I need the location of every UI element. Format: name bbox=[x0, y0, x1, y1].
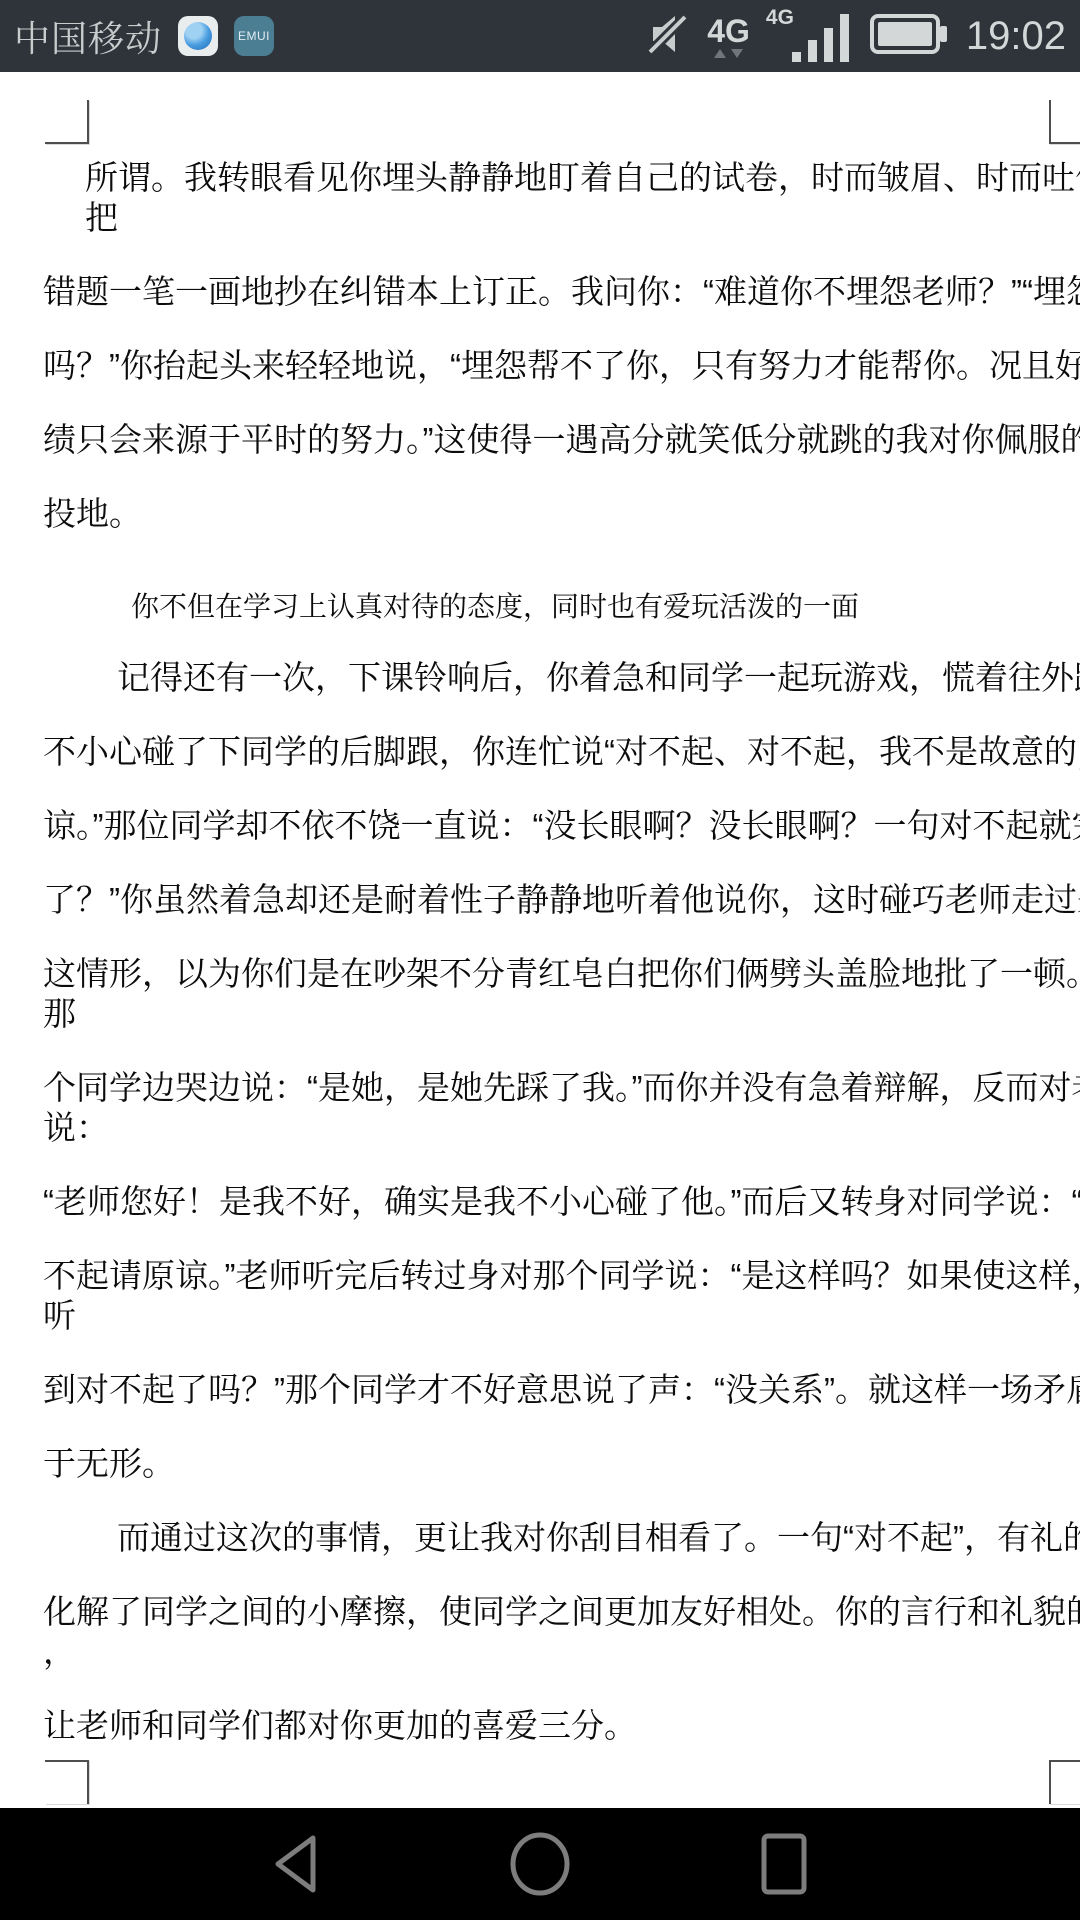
status-bar-left: 中国移动 EMUI bbox=[14, 11, 274, 62]
home-button[interactable] bbox=[500, 1824, 580, 1904]
battery-icon bbox=[870, 13, 950, 60]
text-line: ， bbox=[43, 1632, 1080, 1672]
text-line: 化解了同学之间的小摩擦，使同学之间更加友好相处。你的言行和礼貌的退让 bbox=[43, 1592, 1080, 1632]
text-line: 于无形。 bbox=[43, 1444, 1080, 1484]
text-line: 那 bbox=[43, 994, 1080, 1034]
status-bar: 中国移动 EMUI 4G 4G bbox=[0, 0, 1080, 72]
text-line: 说： bbox=[43, 1108, 1080, 1148]
text-line: 这情形，以为你们是在吵架不分青红皂白把你们俩劈头盖脸地批了一顿。之后 bbox=[43, 954, 1080, 994]
page-corner-mark-top-left bbox=[45, 100, 89, 144]
document-page: 所谓。我转眼看见你埋头静静地盯着自己的试卷，时而皱眉、时而吐气，然后把错题一笔一… bbox=[0, 72, 1080, 1808]
recents-icon bbox=[755, 1831, 813, 1897]
emui-notification-icon: EMUI bbox=[234, 16, 274, 56]
status-bar-right: 4G 4G 19: bbox=[647, 8, 1066, 64]
page-corner-mark-bottom-left bbox=[45, 1760, 89, 1804]
carrier-label: 中国移动 bbox=[14, 11, 162, 62]
text-line: 而通过这次的事情，更让我对你刮目相看了。一句“对不起”，有礼的退让 bbox=[43, 1518, 1080, 1558]
phone-screen: 中国移动 EMUI 4G 4G bbox=[0, 0, 1080, 1920]
page-corner-mark-top-right bbox=[1049, 100, 1080, 144]
text-line: 不起请原谅。”老师听完后转过身对那个同学说：“是这样吗？如果使这样，你 bbox=[43, 1256, 1080, 1296]
text-line: 错题一笔一画地抄在纠错本上订正。我问你：“难道你不埋怨老师？”“埋怨有用 bbox=[43, 272, 1080, 312]
data-activity-arrows-icon bbox=[714, 49, 743, 58]
signal-bars-icon: 4G bbox=[766, 8, 854, 64]
home-icon bbox=[506, 1830, 574, 1898]
back-button[interactable] bbox=[256, 1824, 336, 1904]
text-line: 绩只会来源于平时的努力。”这使得一遇高分就笑低分就跳的我对你佩服的五体 bbox=[43, 420, 1080, 460]
text-line: 把 bbox=[85, 198, 1080, 238]
text-line: 不小心碰了下同学的后脚跟，你连忙说“对不起、对不起，我不是故意的，请原 bbox=[43, 732, 1080, 772]
text-line: 你不但在学习上认真对待的态度，同时也有爱玩活泼的一面 bbox=[131, 590, 1080, 624]
text-line: 投地。 bbox=[43, 494, 1080, 534]
clock-label: 19:02 bbox=[966, 14, 1066, 59]
network-type-indicator: 4G bbox=[707, 15, 750, 58]
browser-logo-circle bbox=[184, 22, 212, 50]
text-line: 让老师和同学们都对你更加的喜爱三分。 bbox=[43, 1706, 1080, 1746]
text-line: 记得还有一次，下课铃响后，你着急和同学一起玩游戏，慌着往外跑。你 bbox=[43, 658, 1080, 698]
page-corner-mark-bottom-right bbox=[1049, 1760, 1080, 1804]
android-nav-bar bbox=[0, 1808, 1080, 1920]
browser-notification-icon bbox=[178, 16, 218, 56]
text-line: 听 bbox=[43, 1296, 1080, 1336]
text-line: 到对不起了吗？”那个同学才不好意思说了声：“没关系”。就这样一场矛盾化解 bbox=[43, 1370, 1080, 1410]
text-line: “老师您好！是我不好，确实是我不小心碰了他。”而后又转身对同学说：“对， bbox=[43, 1182, 1080, 1222]
text-line: 所谓。我转眼看见你埋头静静地盯着自己的试卷，时而皱眉、时而吐气，然后 bbox=[85, 158, 1080, 198]
text-line: 了？”你虽然着急却还是耐着性子静静地听着他说你，这时碰巧老师走过来看见 bbox=[43, 880, 1080, 920]
recents-button[interactable] bbox=[744, 1824, 824, 1904]
mute-icon bbox=[647, 10, 691, 63]
text-line: 吗？”你抬起头来轻轻地说，“埋怨帮不了你，只有努力才能帮你。况且好的成 bbox=[43, 346, 1080, 386]
text-line: 个同学边哭边说：“是她，是她先踩了我。”而你并没有急着辩解，反而对老师 bbox=[43, 1068, 1080, 1108]
back-icon bbox=[267, 1831, 325, 1897]
document-text: 所谓。我转眼看见你埋头静静地盯着自己的试卷，时而皱眉、时而吐气，然后把错题一笔一… bbox=[0, 72, 1080, 1746]
text-line: 谅。”那位同学却不依不饶一直说：“没长眼啊？没长眼啊？一句对不起就完事 bbox=[43, 806, 1080, 846]
